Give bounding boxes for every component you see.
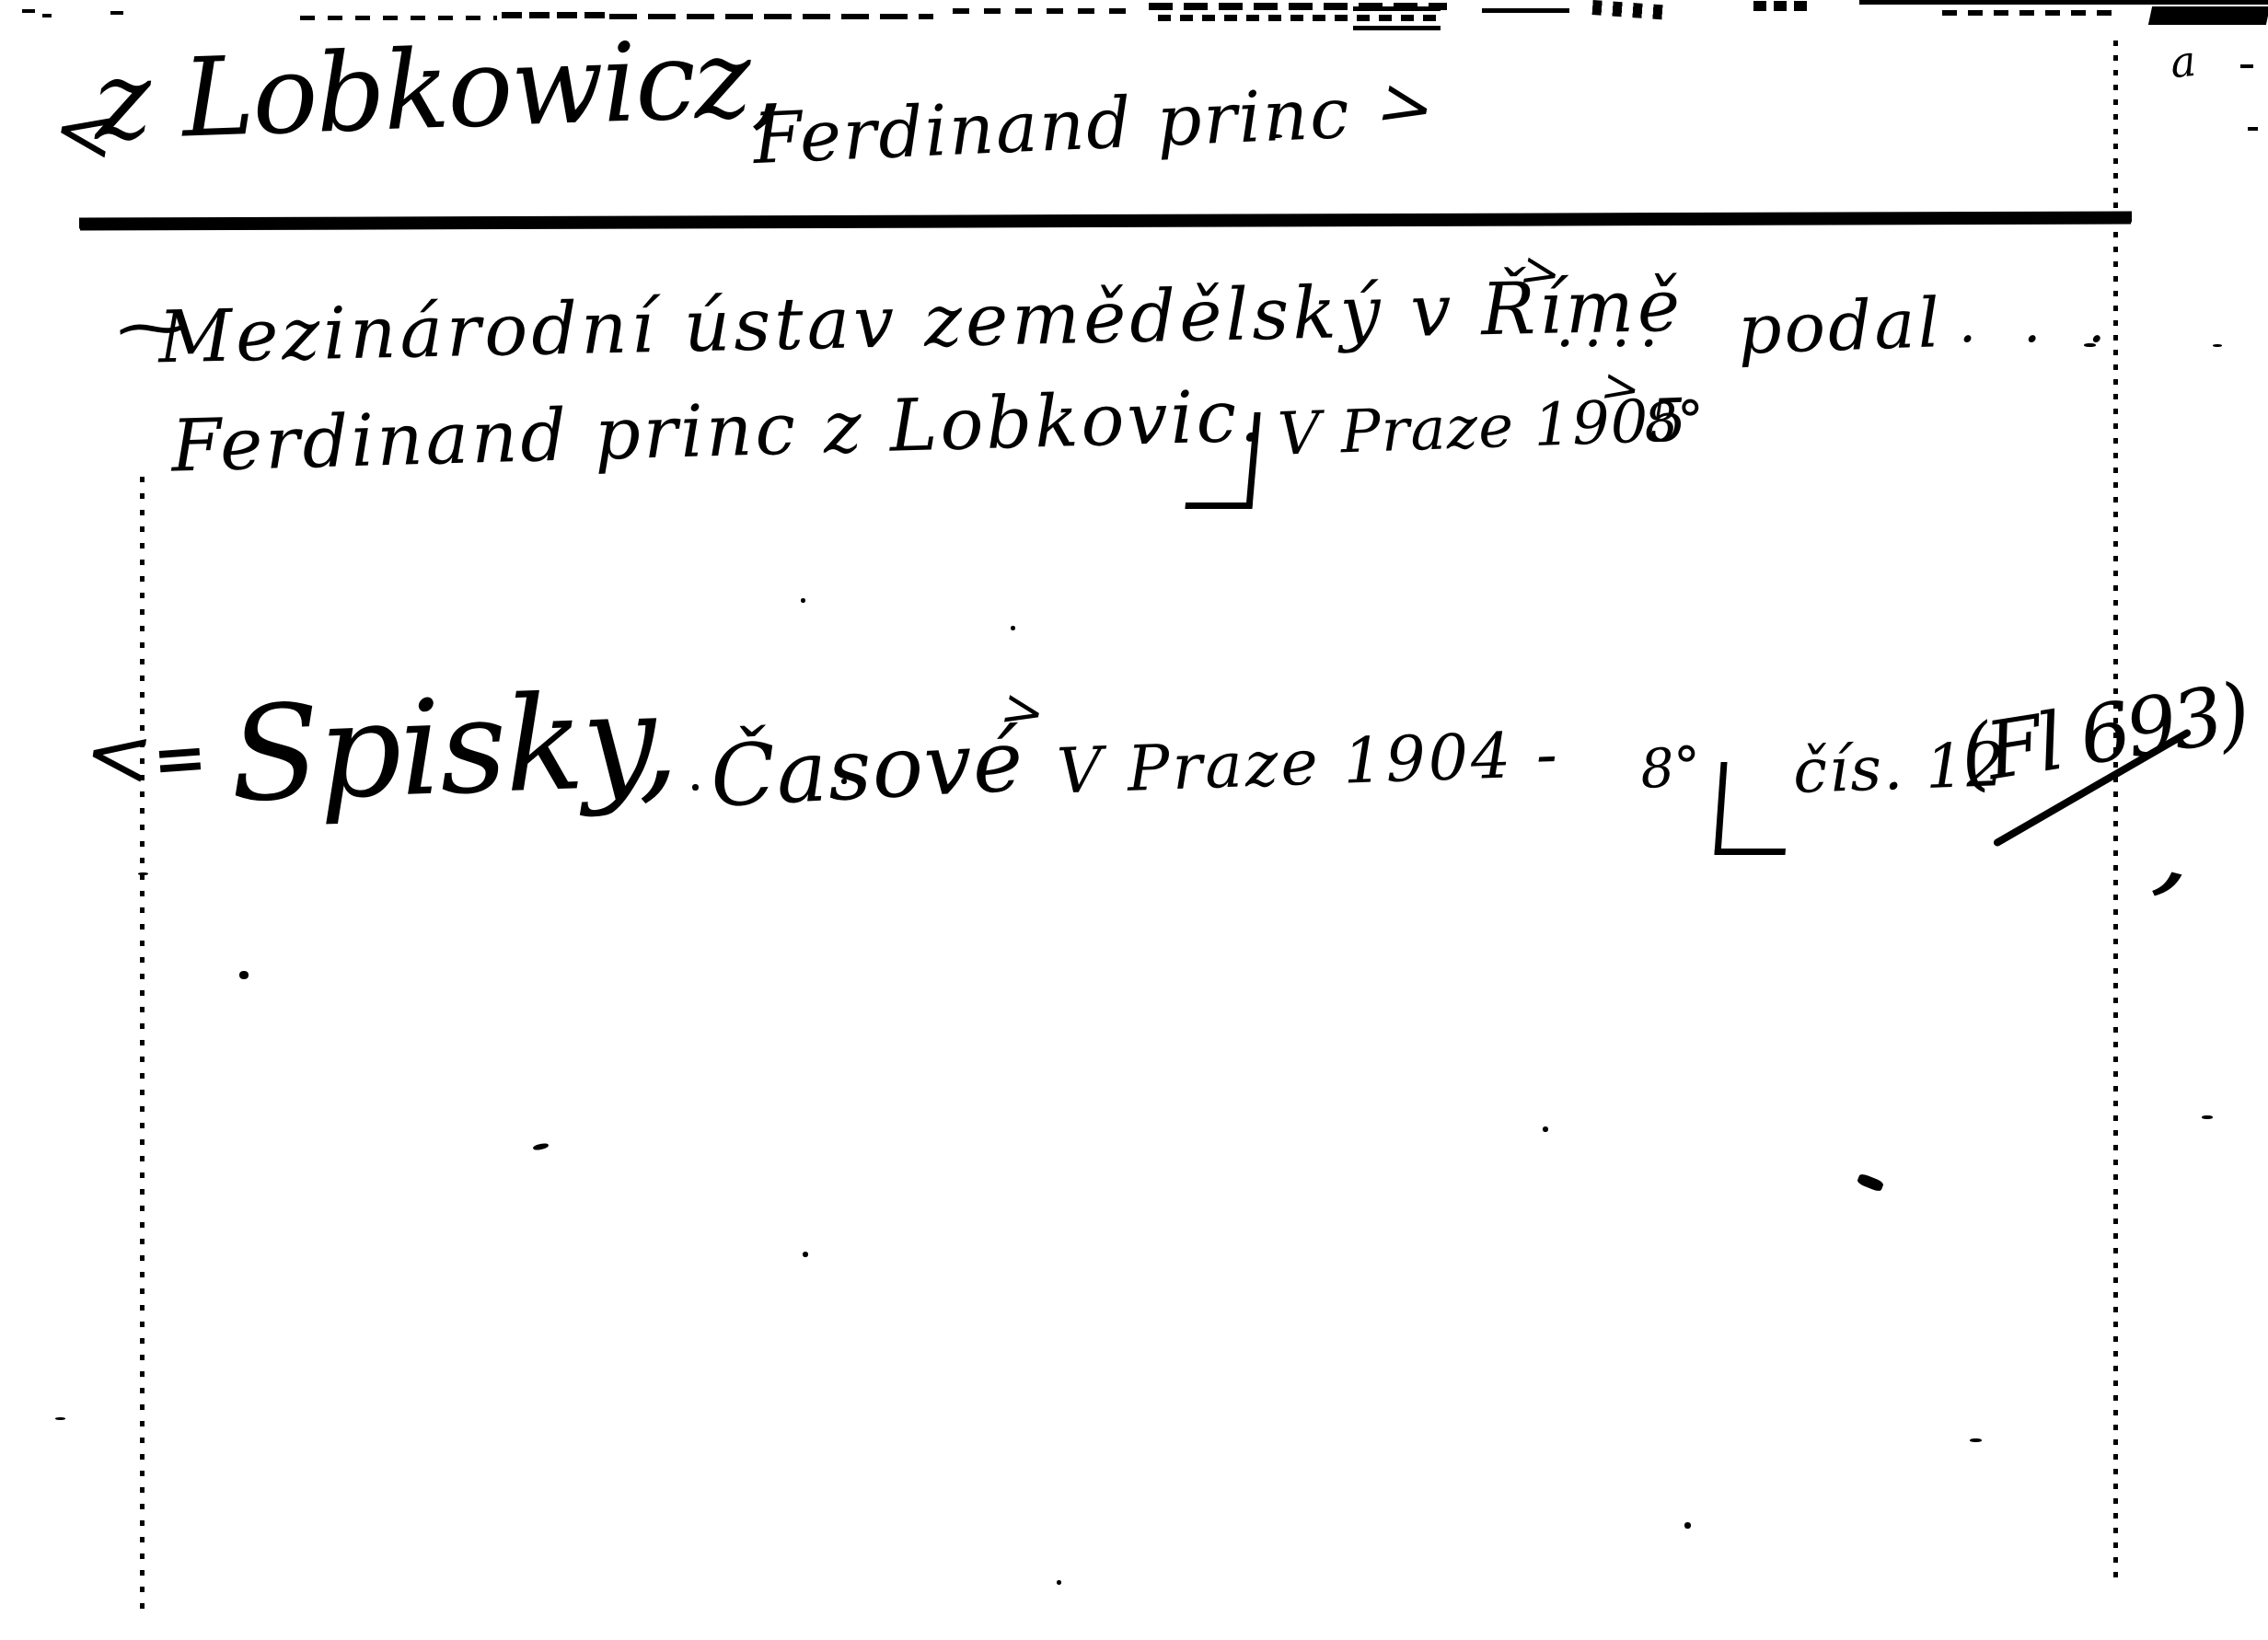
record1-author-line: Ferdinand princ z Lobkovic. bbox=[170, 375, 1266, 488]
ink-speck bbox=[1857, 1172, 1884, 1193]
scan-artifact bbox=[1942, 10, 2117, 16]
ink-speck bbox=[1684, 1522, 1691, 1529]
record2-subtitle: Časové bbox=[708, 711, 1025, 826]
record2-caret-mark: > bbox=[996, 677, 1050, 745]
ink-speck bbox=[841, 779, 847, 784]
ink-speck bbox=[533, 1142, 550, 1150]
scan-artifact bbox=[1482, 8, 1569, 13]
ink-speck bbox=[1057, 1580, 1061, 1585]
heading-qualifier: Ferdinand princ bbox=[751, 72, 1352, 179]
ink-speck bbox=[692, 784, 699, 791]
ink-speck bbox=[239, 971, 249, 979]
ink-speck bbox=[1970, 1438, 1982, 1442]
ink-speck bbox=[2202, 1115, 2213, 1119]
record1-title: Mezinárodní ústav zemědělský v Římě bbox=[157, 265, 1684, 380]
scan-artifact bbox=[2248, 127, 2258, 131]
record2-format: 8° bbox=[1638, 734, 1703, 801]
record2-equals-mark: = bbox=[150, 718, 209, 798]
catalog-card-scan: { "card": { "header": { "open_bracket": … bbox=[0, 0, 2268, 1640]
divider-rule bbox=[79, 211, 2132, 228]
record1-trailing-dots: . . . bbox=[1959, 291, 2120, 355]
right-dotted-border bbox=[2113, 40, 2118, 1585]
scan-artifact bbox=[953, 8, 1137, 14]
scan-artifact bbox=[22, 9, 35, 13]
scan-artifact bbox=[110, 11, 123, 15]
ink-speck bbox=[138, 872, 148, 875]
ink-speck bbox=[1543, 1126, 1548, 1132]
ink-speck bbox=[1270, 134, 1282, 138]
left-dotted-border bbox=[140, 477, 145, 1611]
scan-artifact bbox=[502, 12, 605, 18]
record1-ellipsis: .... bbox=[1556, 293, 1667, 361]
scan-artifact bbox=[1353, 6, 1441, 30]
record1-verb: podal bbox=[1737, 283, 1944, 370]
ink-speck bbox=[55, 1417, 65, 1420]
scan-artifact bbox=[1753, 1, 1814, 11]
record2-comma: , bbox=[2146, 781, 2212, 914]
scan-artifact bbox=[2240, 64, 2253, 68]
ink-speck bbox=[2084, 343, 2096, 347]
record2-title: Spisky, bbox=[227, 664, 678, 832]
ink-speck bbox=[803, 1252, 808, 1257]
scan-artifact bbox=[42, 14, 52, 17]
ink-speck bbox=[1011, 626, 1015, 630]
corner-letter-mark: a bbox=[2168, 36, 2198, 88]
insertion-bracket-mark bbox=[1185, 412, 1260, 509]
record1-format: 8° bbox=[1642, 388, 1707, 455]
heading-close-bracket: > bbox=[1371, 62, 1441, 149]
record2-open-bracket: < bbox=[78, 702, 158, 805]
ink-speck bbox=[801, 598, 805, 603]
scan-artifact bbox=[2148, 6, 2268, 25]
record2-imprint: V Praze 1904 - bbox=[1056, 718, 1561, 808]
scan-artifact bbox=[1592, 0, 1672, 20]
scan-artifact bbox=[300, 16, 497, 20]
scan-artifact bbox=[1859, 0, 2268, 5]
heading-name: z Lobkowicz, bbox=[92, 14, 784, 165]
ink-speck bbox=[2213, 344, 2222, 347]
insertion-bracket-mark bbox=[1714, 762, 1791, 855]
